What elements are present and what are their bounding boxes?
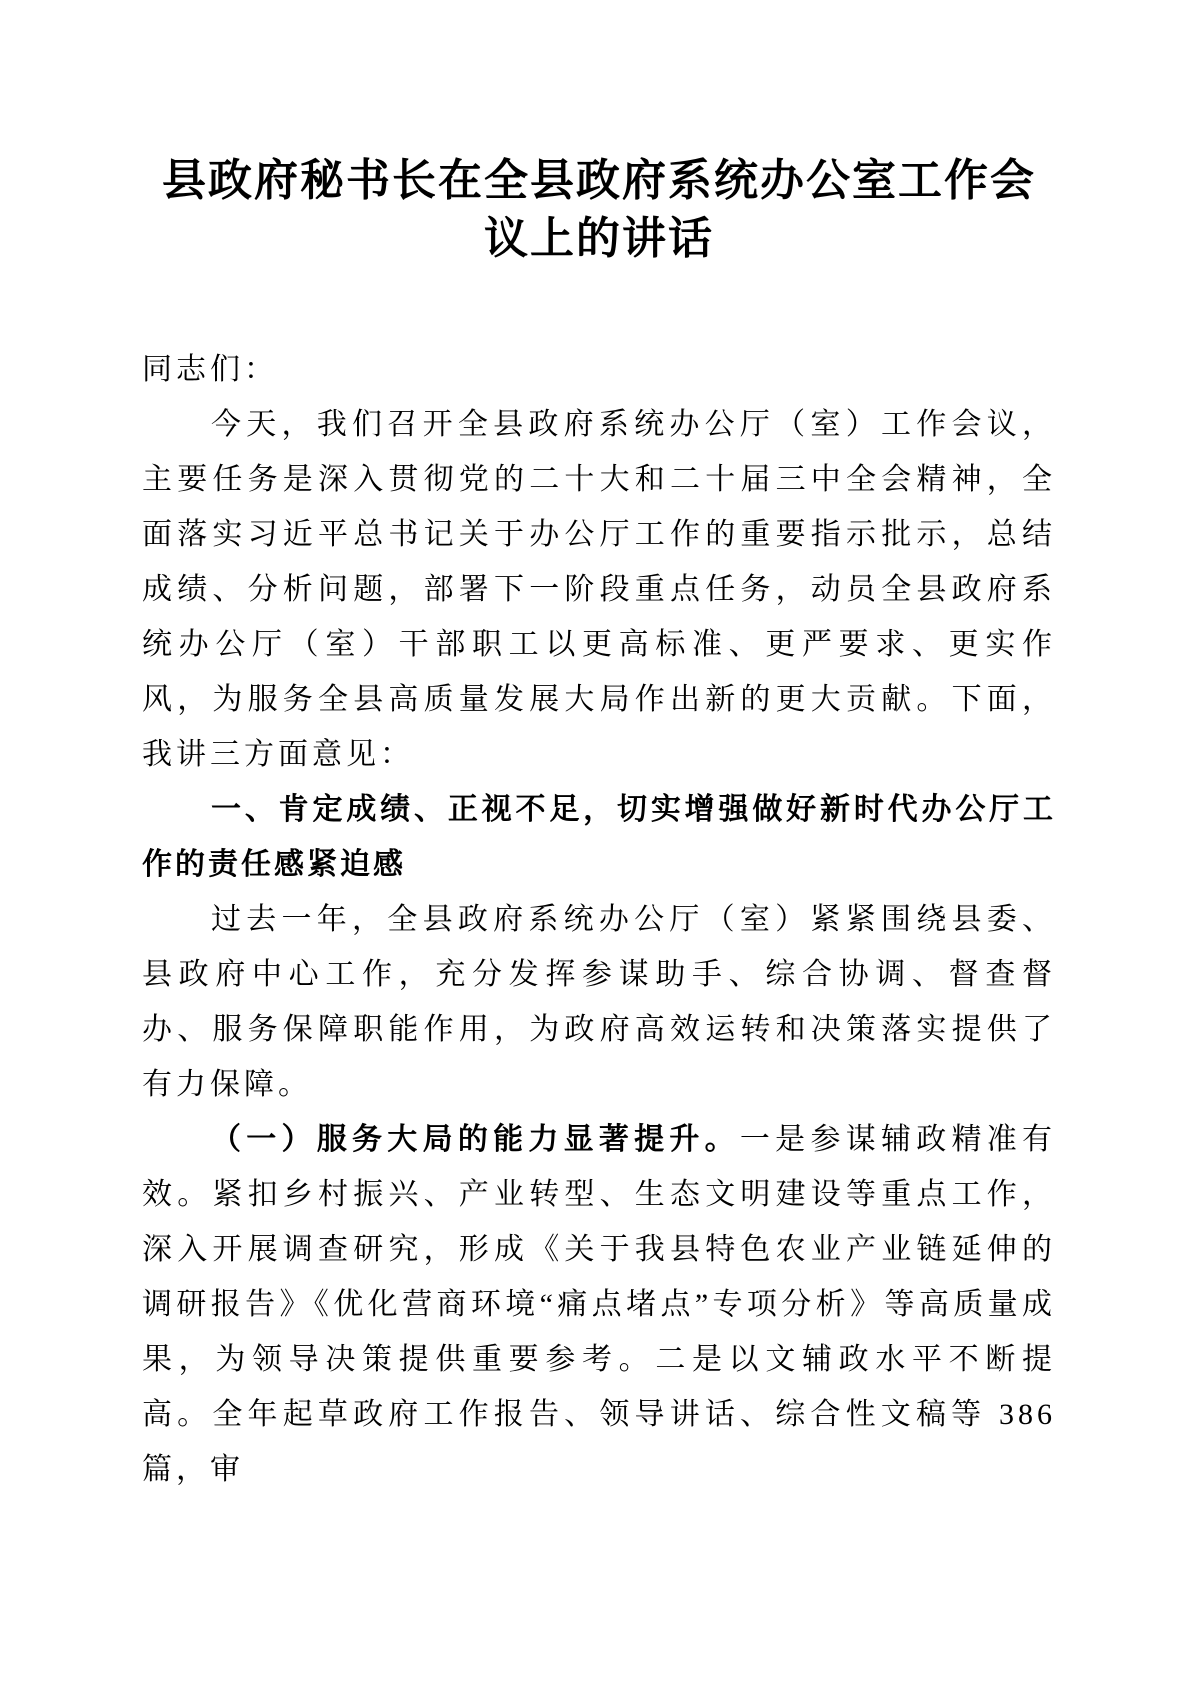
salutation: 同志们： (142, 342, 1056, 397)
section-1-item-1: （一）服务大局的能力显著提升。一是参谋辅政精准有效。紧扣乡村振兴、产业转型、生态… (142, 1112, 1056, 1497)
section-1-heading: 一、肯定成绩、正视不足，切实增强做好新时代办公厅工作的责任感紧迫感 (142, 782, 1056, 892)
document-title: 县政府秘书长在全县政府系统办公室工作会议上的讲话 (142, 152, 1056, 268)
document-body: 同志们： 今天，我们召开全县政府系统办公厅（室）工作会议，主要任务是深入贯彻党的… (142, 342, 1056, 1497)
item-1-body-text: 一是参谋辅政精准有效。紧扣乡村振兴、产业转型、生态文明建设等重点工作，深入开展调… (142, 1123, 1056, 1486)
document-page: 县政府秘书长在全县政府系统办公室工作会议上的讲话 同志们： 今天，我们召开全县政… (0, 0, 1190, 1683)
item-1-lead-sentence: （一）服务大局的能力显著提升。 (211, 1123, 740, 1156)
section-1-paragraph-1: 过去一年，全县政府系统办公厅（室）紧紧围绕县委、县政府中心工作，充分发挥参谋助手… (142, 892, 1056, 1112)
intro-paragraph: 今天，我们召开全县政府系统办公厅（室）工作会议，主要任务是深入贯彻党的二十大和二… (142, 397, 1056, 782)
